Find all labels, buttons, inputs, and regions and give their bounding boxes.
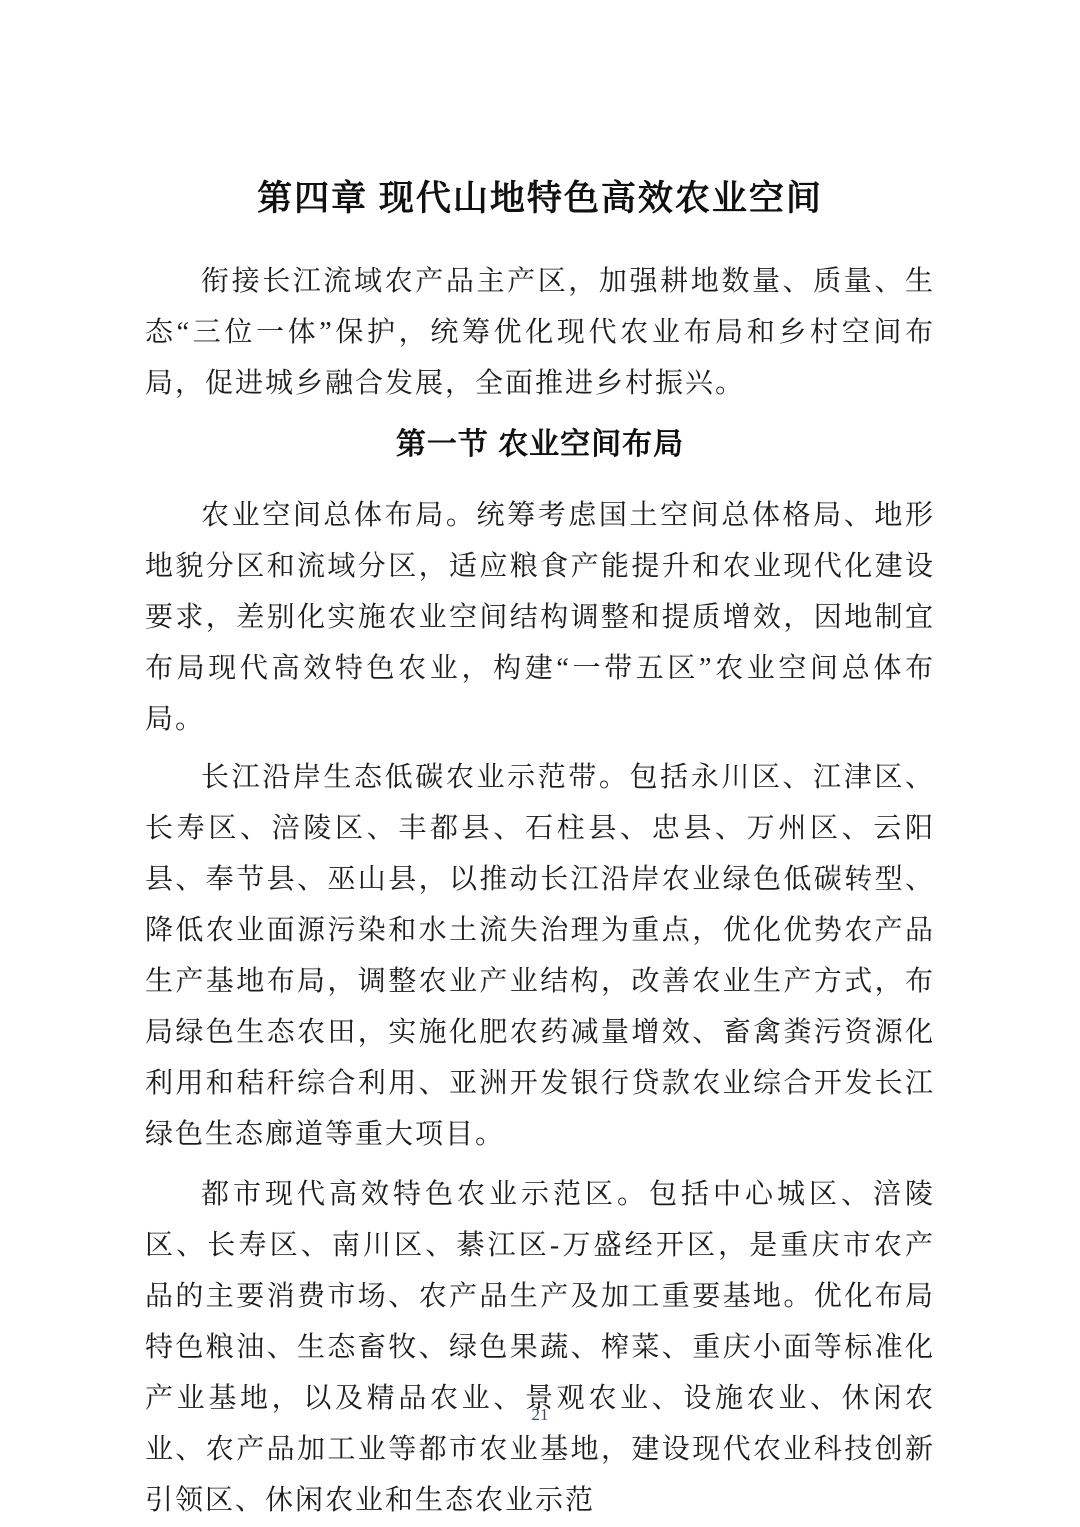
section-paragraph-urban-agriculture-zone: 都市现代高效特色农业示范区。包括中心城区、涪陵区、长寿区、南川区、綦江区-万盛经… — [145, 1169, 935, 1526]
page-number: 21 — [532, 1405, 549, 1424]
section-paragraph-overall-layout: 农业空间总体布局。统筹考虑国土空间总体格局、地形地貌分区和流域分区，适应粮食产能… — [145, 490, 935, 745]
page-footer: 21 — [0, 1405, 1080, 1425]
chapter-title: 第四章 现代山地特色高效农业空间 — [145, 178, 935, 220]
document-page: 第四章 现代山地特色高效农业空间 衔接长江流域农产品主产区，加强耕地数量、质量、… — [0, 0, 1080, 1527]
chapter-intro-paragraph: 衔接长江流域农产品主产区，加强耕地数量、质量、生态“三位一体”保护，统筹优化现代… — [145, 256, 935, 409]
section-paragraph-yangtze-demo-belt: 长江沿岸生态低碳农业示范带。包括永川区、江津区、长寿区、涪陵区、丰都县、石柱县、… — [145, 752, 935, 1160]
page-content: 第四章 现代山地特色高效农业空间 衔接长江流域农产品主产区，加强耕地数量、质量、… — [145, 0, 935, 1526]
section-title: 第一节 农业空间布局 — [145, 423, 935, 467]
